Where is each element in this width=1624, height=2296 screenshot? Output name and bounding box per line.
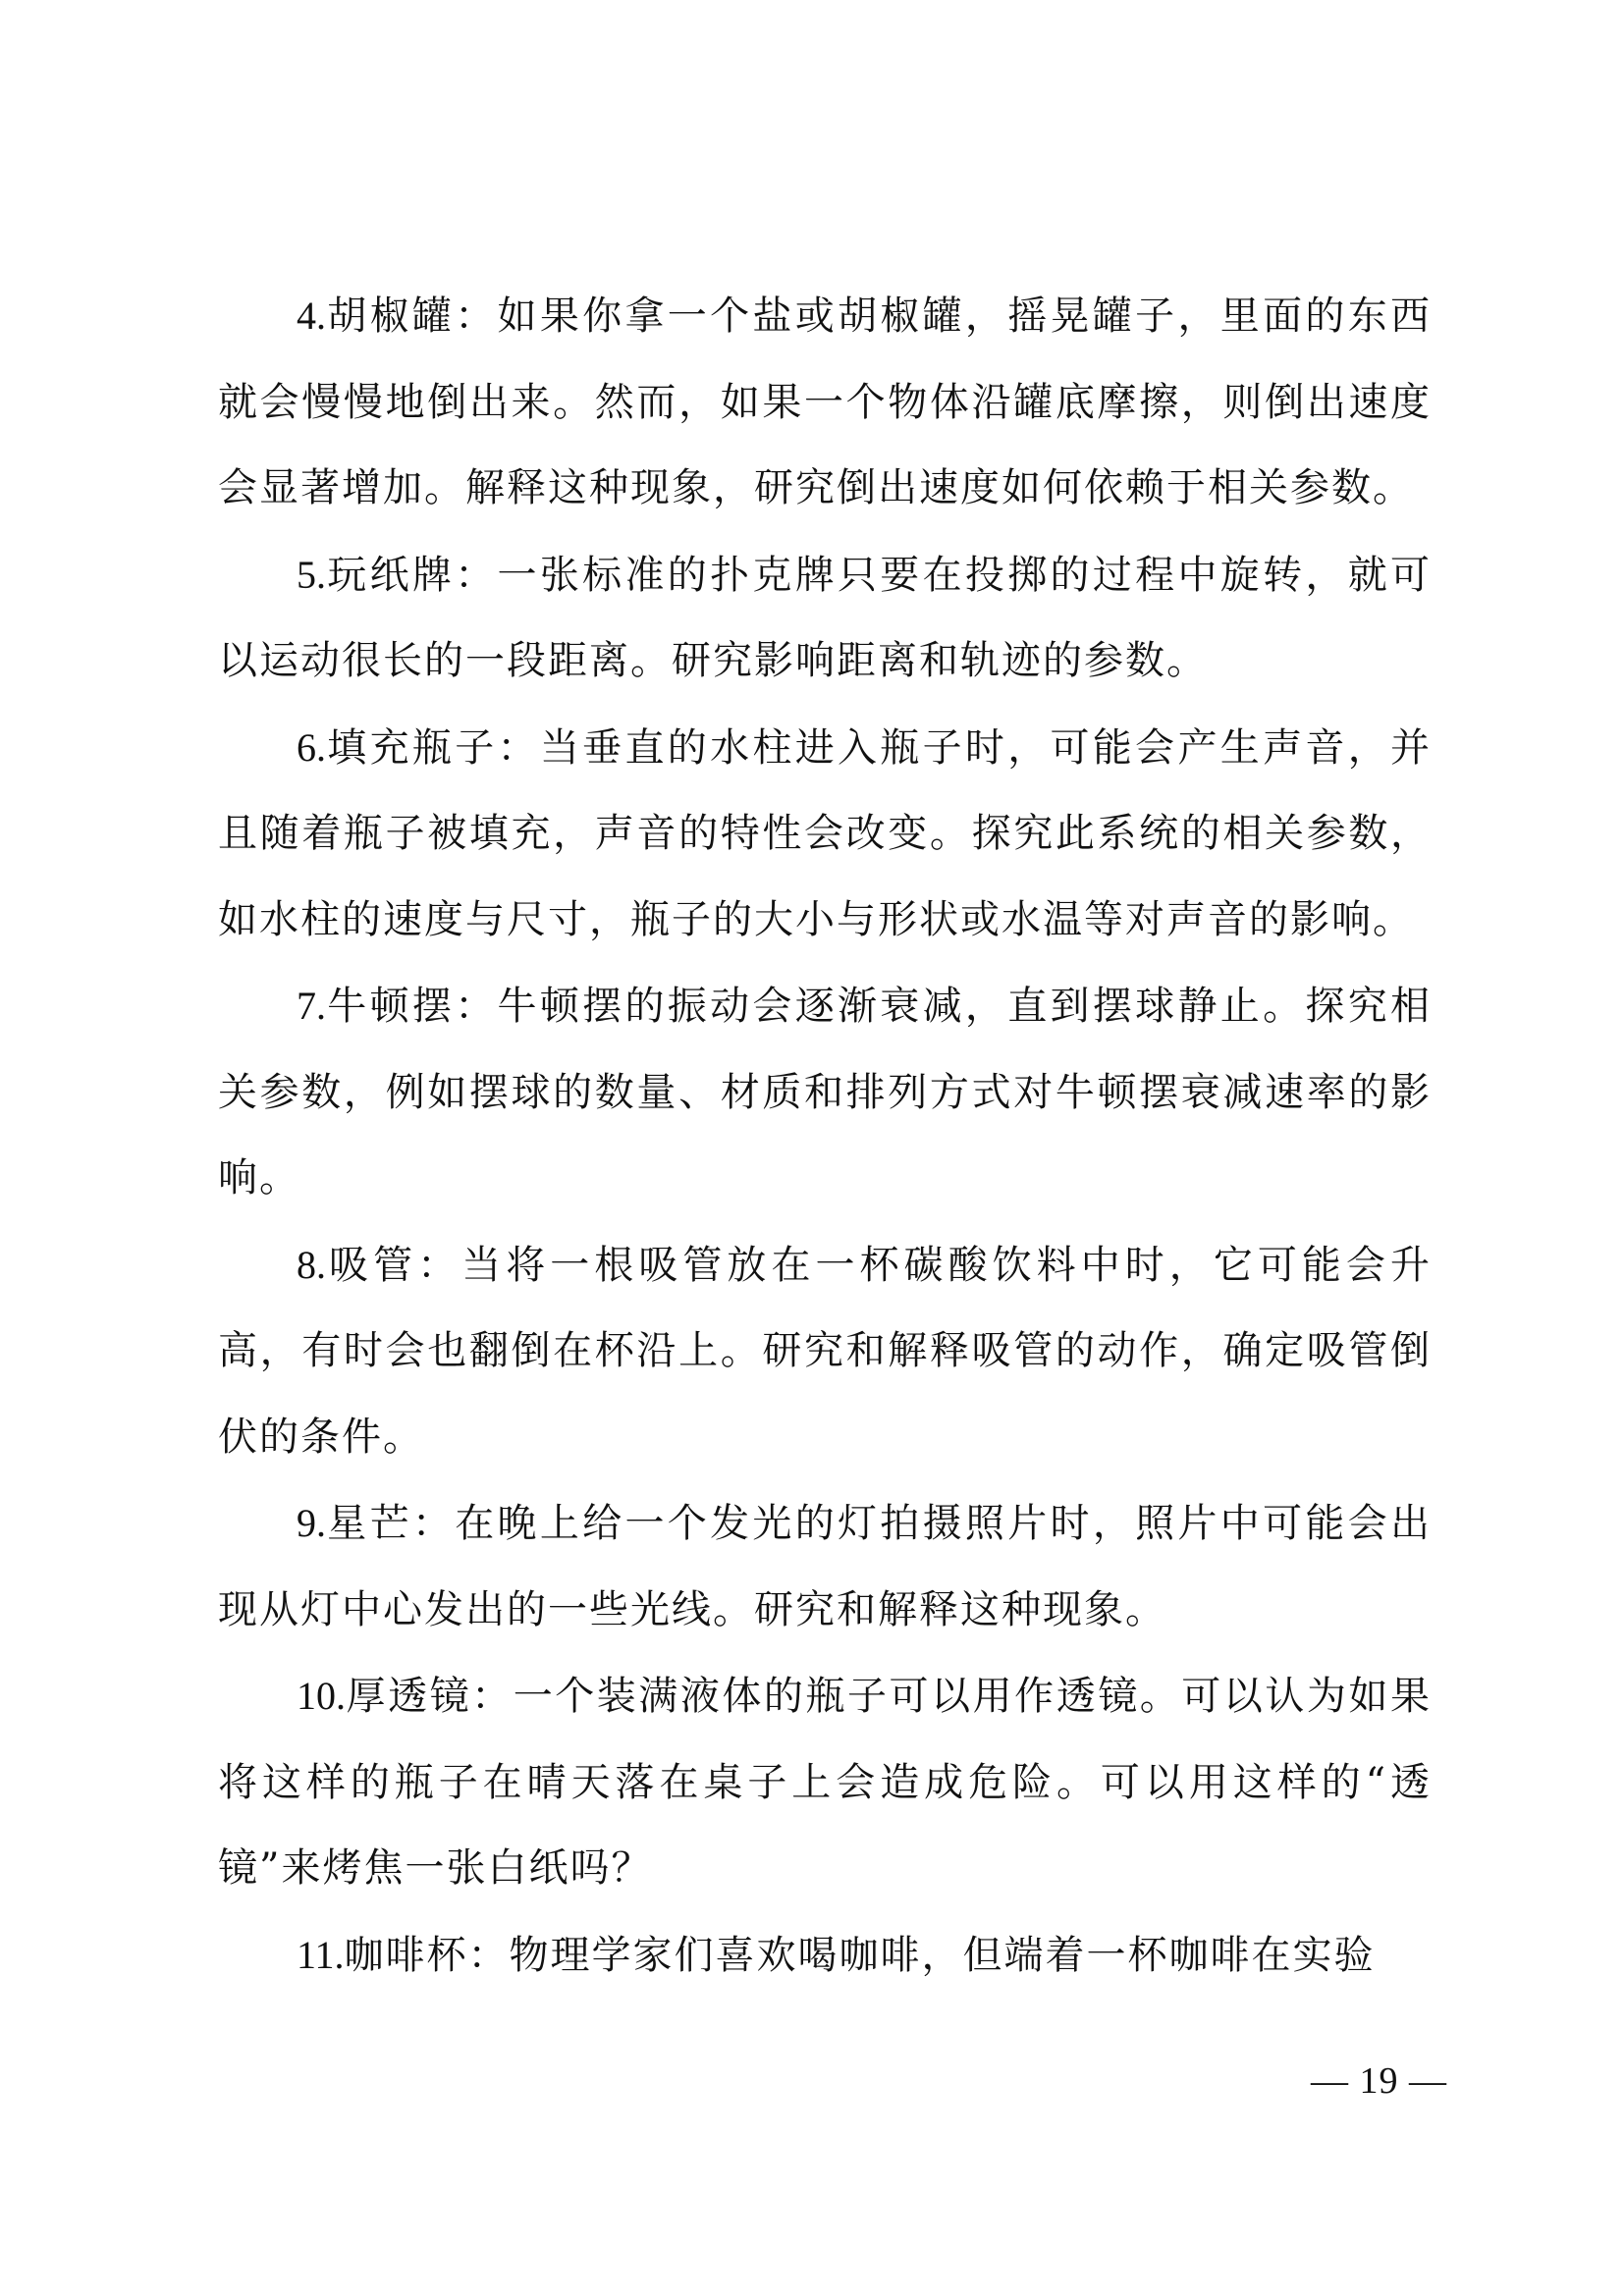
item-text: 玩纸牌：一张标准的扑克牌只要在投掷的过程中旋转，就可以运动很长的一段距离。研究影… [218, 553, 1432, 684]
list-item-10: 10.厚透镜：一个装满液体的瓶子可以用作透镜。可以认为如果将这样的瓶子在晴天落在… [218, 1653, 1432, 1912]
list-item-5: 5.玩纸牌：一张标准的扑克牌只要在投掷的过程中旋转，就可以运动很长的一段距离。研… [218, 532, 1432, 705]
item-text: 厚透镜：一个装满液体的瓶子可以用作透镜。可以认为如果将这样的瓶子在晴天落在桌子上… [218, 1674, 1432, 1891]
item-number: 8. [297, 1243, 326, 1287]
list-item-7: 7.牛顿摆：牛顿摆的振动会逐渐衰减，直到摆球静止。探究相关参数，例如摆球的数量、… [218, 963, 1432, 1222]
item-number: 6. [297, 725, 326, 770]
item-text: 胡椒罐：如果你拿一个盐或胡椒罐，摇晃罐子，里面的东西就会慢慢地倒出来。然而，如果… [218, 294, 1432, 510]
item-number: 10. [297, 1674, 346, 1718]
item-text: 咖啡杯：物理学家们喜欢喝咖啡，但端着一杯咖啡在实验 [345, 1933, 1376, 1978]
item-text: 牛顿摆：牛顿摆的振动会逐渐衰减，直到摆球静止。探究相关参数，例如摆球的数量、材质… [218, 984, 1432, 1201]
list-item-8: 8.吸管：当将一根吸管放在一杯碳酸饮料中时，它可能会升高，有时会也翻倒在杯沿上。… [218, 1222, 1432, 1481]
item-number: 9. [297, 1501, 326, 1545]
item-number: 4. [297, 294, 326, 338]
item-number: 7. [297, 984, 326, 1028]
item-text: 填充瓶子：当垂直的水柱进入瓶子时，可能会产生声音，并且随着瓶子被填充，声音的特性… [218, 725, 1432, 942]
item-text: 星芒：在晚上给一个发光的灯拍摄照片时，照片中可能会出现从灯中心发出的一些光线。研… [218, 1501, 1432, 1632]
item-number: 5. [297, 553, 326, 597]
list-item-6: 6.填充瓶子：当垂直的水柱进入瓶子时，可能会产生声音，并且随着瓶子被填充，声音的… [218, 705, 1432, 964]
document-body: 4.胡椒罐：如果你拿一个盐或胡椒罐，摇晃罐子，里面的东西就会慢慢地倒出来。然而，… [218, 273, 1432, 1999]
list-item-4: 4.胡椒罐：如果你拿一个盐或胡椒罐，摇晃罐子，里面的东西就会慢慢地倒出来。然而，… [218, 273, 1432, 532]
item-text: 吸管：当将一根吸管放在一杯碳酸饮料中时，它可能会升高，有时会也翻倒在杯沿上。研究… [218, 1243, 1432, 1460]
page-number: — 19 — [1311, 2059, 1447, 2103]
item-number: 11. [297, 1933, 345, 1977]
list-item-11: 11.咖啡杯：物理学家们喜欢喝咖啡，但端着一杯咖啡在实验 [218, 1912, 1432, 2000]
list-item-9: 9.星芒：在晚上给一个发光的灯拍摄照片时，照片中可能会出现从灯中心发出的一些光线… [218, 1480, 1432, 1653]
